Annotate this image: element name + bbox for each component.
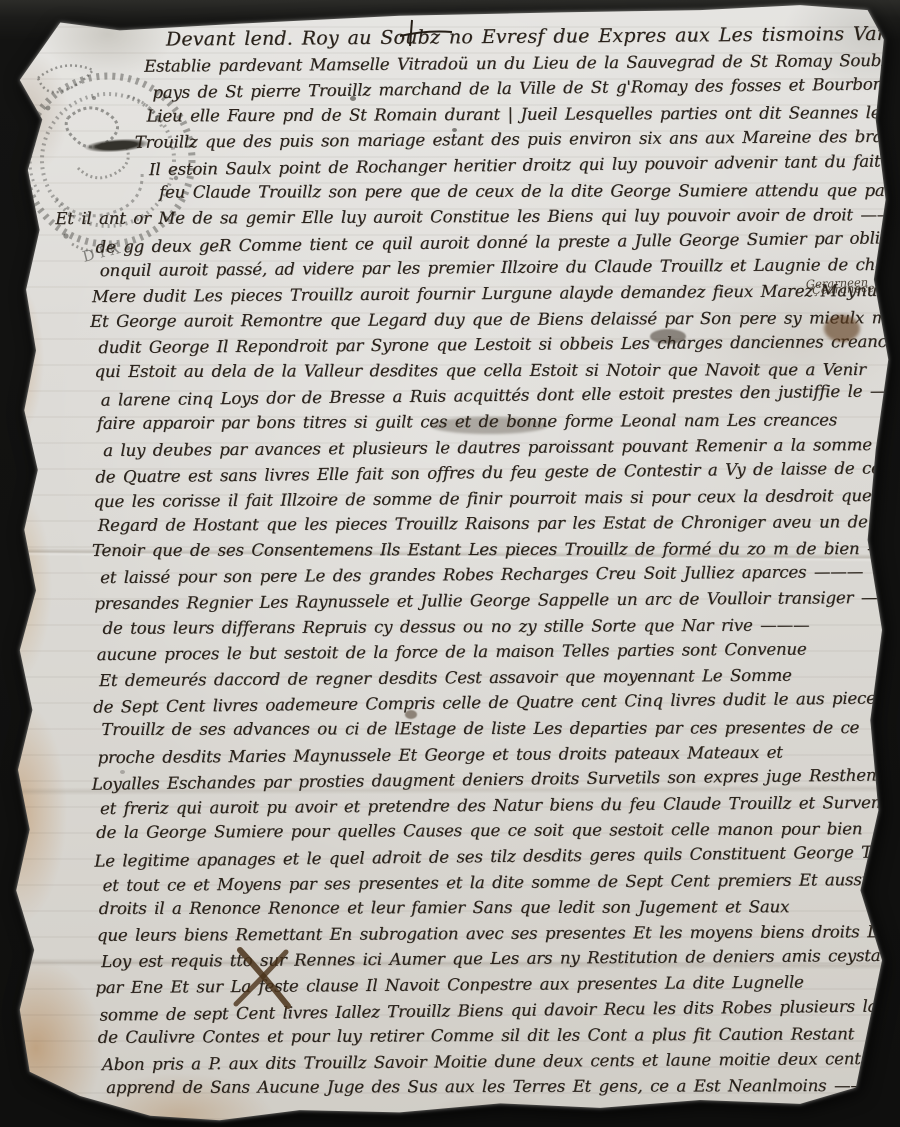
dirt-speck: [120, 770, 125, 774]
dirt-speck: [350, 96, 356, 101]
manuscript-line: apprend de Sans Aucune Juge des Sus aux …: [106, 1073, 896, 1101]
manuscript-line: de Caulivre Contes et pour luy retirer C…: [98, 1021, 896, 1050]
manuscript-line: feu Claude Trouillz son pere que de ceux…: [159, 177, 889, 205]
manuscript-line: droits il a Renonce Renonce et leur fami…: [99, 894, 895, 922]
manuscript-line: que leurs biens Remettant En subrogation…: [97, 919, 895, 948]
manuscript-line: Tenoir que de ses Consentemens Ils Estan…: [92, 536, 892, 564]
photo-background: D I X Devant lend. Roy au Soubz no Evres…: [0, 0, 900, 1127]
edge-overwritten-word: Gerarneen Çearanece: [806, 277, 875, 295]
manuscript-line: Lieu elle Faure pnd de St Romain durant …: [146, 100, 888, 129]
manuscript-line: Regard de Hostant que les pieces Trouill…: [98, 509, 892, 538]
manuscript-line: Trouillz de ses advances ou ci de lEstag…: [101, 715, 893, 743]
manuscript-line: faire apparoir par bons titres si guilt …: [97, 407, 891, 436]
manuscript-line: Et George auroit Remontre que Legard duy…: [90, 305, 890, 334]
x-crossout-mark: [228, 946, 298, 1010]
dirt-speck: [452, 128, 457, 132]
manuscript-text: Devant lend. Roy au Soubz no Evresf due …: [88, 22, 896, 1103]
paper-shadow-wrap: D I X Devant lend. Roy au Soubz no Evres…: [0, 0, 900, 1127]
manuscript-paper: D I X Devant lend. Roy au Soubz no Evres…: [0, 0, 900, 1127]
manuscript-line: de tous leurs differans Repruis cy dessu…: [102, 612, 892, 641]
